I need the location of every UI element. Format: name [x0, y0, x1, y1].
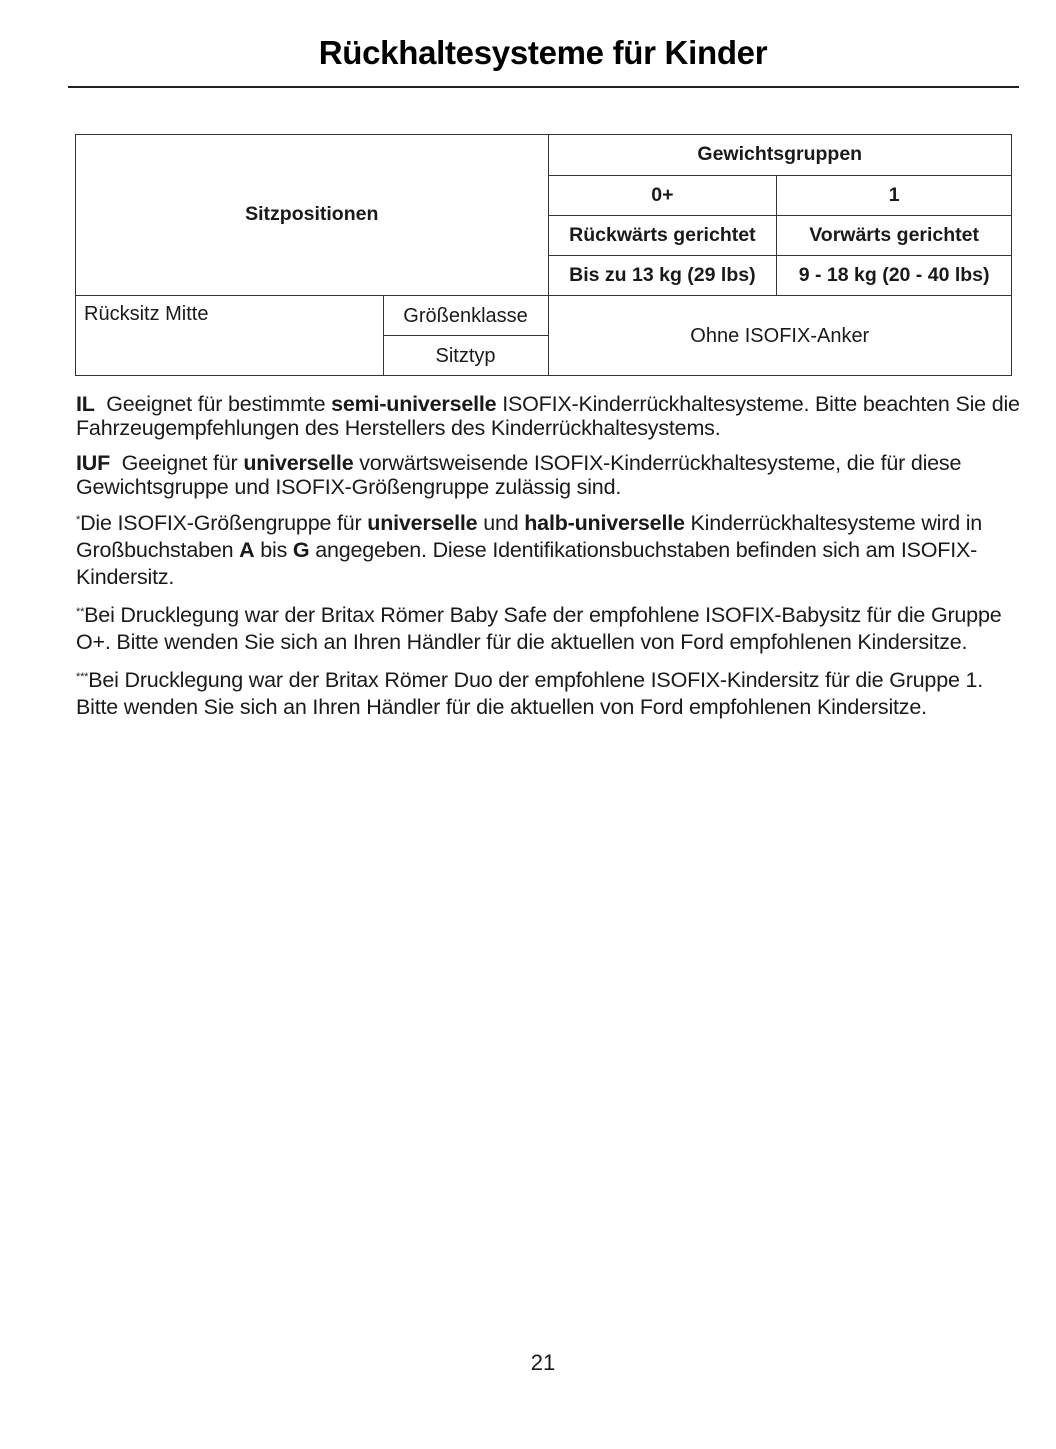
isofix-value-cell: Ohne ISOFIX-Anker — [548, 296, 1012, 376]
page-title: Rückhaltesysteme für Kinder — [0, 34, 1056, 72]
footnote-baby-seat: **Bei Drucklegung war der Britax Römer B… — [76, 602, 1021, 656]
footnote-marker: *** — [76, 671, 88, 683]
weight-groups-header: Gewichtsgruppen — [548, 135, 1012, 176]
footnote-il: IL Geeignet für bestimmte semi-universel… — [76, 392, 1021, 440]
isofix-table: Sitzpositionen Gewichtsgruppen 0+ 1 Rück… — [75, 134, 1012, 376]
seat-position-cell: Rücksitz Mitte — [76, 296, 384, 376]
group-weight-1: 9 - 18 kg (20 - 40 lbs) — [777, 256, 1012, 296]
footnote-code: IL — [76, 392, 95, 416]
group-direction-1: Vorwärts gerichtet — [777, 216, 1012, 256]
size-class-label: Größenklasse — [383, 296, 548, 336]
seat-type-label: Sitztyp — [383, 336, 548, 376]
footnote-size-group: *Die ISOFIX-Größengruppe für universelle… — [76, 510, 1021, 591]
footnote-iuf: IUF Geeignet für universelle vorwärtswei… — [76, 451, 1021, 499]
footnote-marker: ** — [76, 606, 84, 618]
footnotes: IL Geeignet für bestimmte semi-universel… — [76, 392, 1021, 732]
group-weight-0: Bis zu 13 kg (29 lbs) — [548, 256, 777, 296]
footnote-child-seat: ***Bei Drucklegung war der Britax Römer … — [76, 667, 1021, 721]
group-direction-0: Rückwärts gerichtet — [548, 216, 777, 256]
page-number: 21 — [0, 1350, 1056, 1376]
footnote-code: IUF — [76, 451, 110, 475]
group-name-0: 0+ — [548, 176, 777, 216]
seat-positions-header: Sitzpositionen — [76, 135, 549, 296]
title-divider — [68, 86, 1019, 88]
group-name-1: 1 — [777, 176, 1012, 216]
footnote-marker: * — [76, 514, 80, 526]
